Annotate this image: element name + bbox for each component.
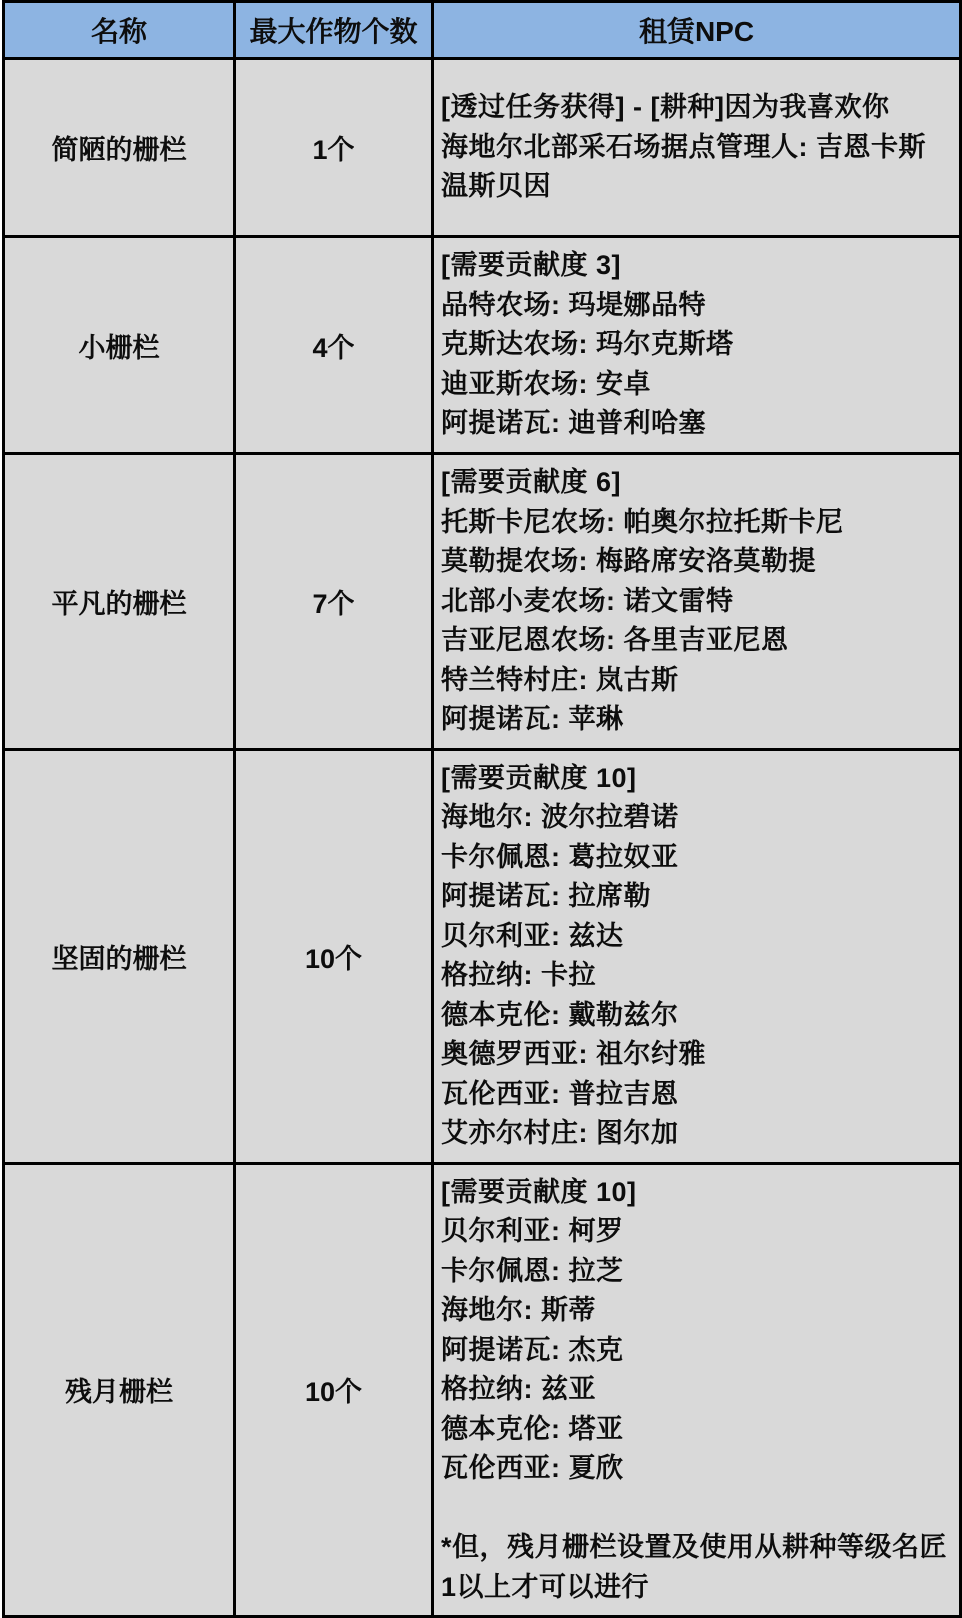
col-header-rental-npc: 租赁NPC	[433, 2, 961, 59]
fence-rental-table: 名称 最大作物个数 租赁NPC 简陋的栅栏 1个 [透过任务获得] - [耕种]…	[2, 0, 962, 1618]
npc-line: 格拉纳: 兹亚	[441, 1370, 953, 1410]
npc-line: 托斯卡尼农场: 帕奥尔拉托斯卡尼	[441, 503, 953, 543]
npc-line	[441, 1489, 953, 1529]
npc-line: 瓦伦西亚: 普拉吉恩	[441, 1075, 953, 1115]
page-background: 名称 最大作物个数 租赁NPC 简陋的栅栏 1个 [透过任务获得] - [耕种]…	[0, 0, 962, 1586]
npc-list-cell: [需要贡献度 3] 品特农场: 玛堤娜品特 克斯达农场: 玛尔克斯塔 迪亚斯农场…	[433, 237, 961, 454]
npc-line: 奥德罗西亚: 祖尔纣雅	[441, 1035, 953, 1075]
npc-line: 海地尔: 斯蒂	[441, 1291, 953, 1331]
fence-name-cell: 平凡的栅栏	[4, 454, 235, 750]
fence-name-cell: 坚固的栅栏	[4, 749, 235, 1163]
max-crops-cell: 10个	[235, 1163, 433, 1617]
npc-line: 北部小麦农场: 诺文雷特	[441, 582, 953, 622]
npc-line: 莫勒提农场: 梅路席安洛莫勒提	[441, 542, 953, 582]
npc-line: [需要贡献度 3]	[441, 246, 953, 286]
npc-line: 贝尔利亚: 柯罗	[441, 1212, 953, 1252]
table-row: 简陋的栅栏 1个 [透过任务获得] - [耕种]因为我喜欢你 海地尔北部采石场据…	[4, 59, 961, 237]
table-row: 平凡的栅栏 7个 [需要贡献度 6] 托斯卡尼农场: 帕奥尔拉托斯卡尼 莫勒提农…	[4, 454, 961, 750]
npc-list-cell: [透过任务获得] - [耕种]因为我喜欢你 海地尔北部采石场据点管理人: 吉恩卡…	[433, 59, 961, 237]
table-row: 坚固的栅栏 10个 [需要贡献度 10] 海地尔: 波尔拉碧诺 卡尔佩恩: 葛拉…	[4, 749, 961, 1163]
npc-list-cell: [需要贡献度 6] 托斯卡尼农场: 帕奥尔拉托斯卡尼 莫勒提农场: 梅路席安洛莫…	[433, 454, 961, 750]
npc-line: [需要贡献度 10]	[441, 759, 953, 799]
npc-line: 卡尔佩恩: 葛拉奴亚	[441, 838, 953, 878]
npc-line: 德本克伦: 塔亚	[441, 1410, 953, 1450]
col-header-name: 名称	[4, 2, 235, 59]
npc-line: 阿提诺瓦: 拉席勒	[441, 877, 953, 917]
npc-line: *但，残月栅栏设置及使用从耕种等级名匠1以上才可以进行	[441, 1528, 953, 1607]
header-row: 名称 最大作物个数 租赁NPC	[4, 2, 961, 59]
npc-line: [透过任务获得] - [耕种]因为我喜欢你	[441, 88, 953, 128]
col-header-max-crops: 最大作物个数	[235, 2, 433, 59]
max-crops-cell: 7个	[235, 454, 433, 750]
npc-line: [需要贡献度 10]	[441, 1173, 953, 1213]
npc-line: 吉亚尼恩农场: 各里吉亚尼恩	[441, 621, 953, 661]
npc-line: 海地尔北部采石场据点管理人: 吉恩卡斯温斯贝因	[441, 128, 953, 207]
npc-line: 卡尔佩恩: 拉芝	[441, 1252, 953, 1292]
npc-line: 德本克伦: 戴勒兹尔	[441, 996, 953, 1036]
table-row: 残月栅栏 10个 [需要贡献度 10] 贝尔利亚: 柯罗 卡尔佩恩: 拉芝 海地…	[4, 1163, 961, 1617]
npc-line: 迪亚斯农场: 安卓	[441, 365, 953, 405]
npc-line: 艾亦尔村庄: 图尔加	[441, 1114, 953, 1154]
npc-line: 品特农场: 玛堤娜品特	[441, 286, 953, 326]
max-crops-cell: 1个	[235, 59, 433, 237]
max-crops-cell: 4个	[235, 237, 433, 454]
npc-line: 格拉纳: 卡拉	[441, 956, 953, 996]
table-row: 小栅栏 4个 [需要贡献度 3] 品特农场: 玛堤娜品特 克斯达农场: 玛尔克斯…	[4, 237, 961, 454]
fence-name-cell: 简陋的栅栏	[4, 59, 235, 237]
npc-line: 海地尔: 波尔拉碧诺	[441, 798, 953, 838]
npc-line: [需要贡献度 6]	[441, 463, 953, 503]
fence-name-cell: 小栅栏	[4, 237, 235, 454]
npc-line: 贝尔利亚: 兹达	[441, 917, 953, 957]
max-crops-cell: 10个	[235, 749, 433, 1163]
npc-line: 克斯达农场: 玛尔克斯塔	[441, 325, 953, 365]
npc-list-cell: [需要贡献度 10] 贝尔利亚: 柯罗 卡尔佩恩: 拉芝 海地尔: 斯蒂 阿提诺…	[433, 1163, 961, 1617]
fence-name-cell: 残月栅栏	[4, 1163, 235, 1617]
npc-list-cell: [需要贡献度 10] 海地尔: 波尔拉碧诺 卡尔佩恩: 葛拉奴亚 阿提诺瓦: 拉…	[433, 749, 961, 1163]
npc-line: 阿提诺瓦: 苹琳	[441, 700, 953, 740]
npc-line: 阿提诺瓦: 迪普利哈塞	[441, 404, 953, 444]
npc-line: 特兰特村庄: 岚古斯	[441, 661, 953, 701]
npc-line: 瓦伦西亚: 夏欣	[441, 1449, 953, 1489]
npc-line: 阿提诺瓦: 杰克	[441, 1331, 953, 1371]
